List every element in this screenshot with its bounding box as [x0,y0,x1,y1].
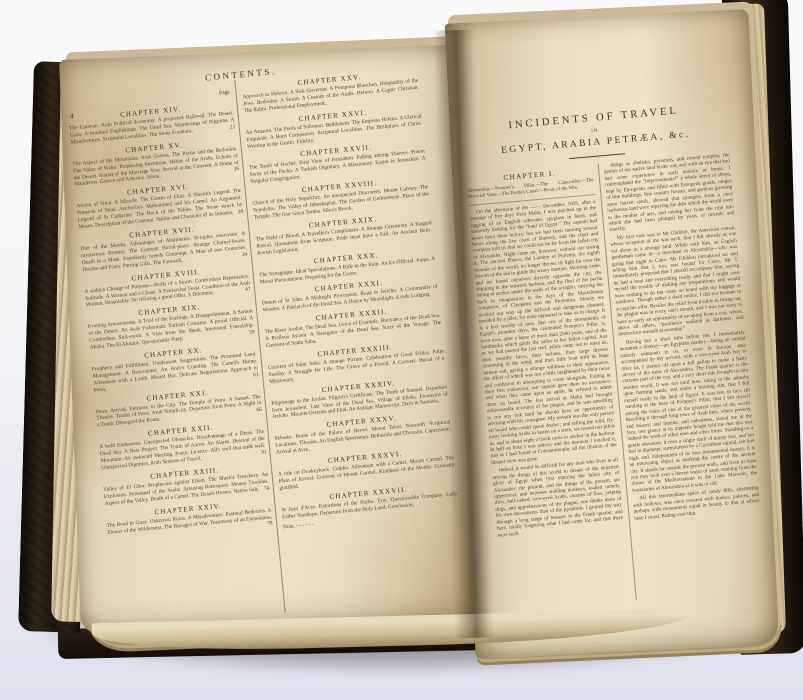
chapter-left-paragraphs: On the afternoon of the —— December, 183… [469,199,624,539]
contents-page: CONTENTS. 4 Page CHAPTER XIV. The Carava… [59,45,481,638]
body-paragraph: On the afternoon of the —— December, 183… [469,199,617,467]
contents-right-column: CHAPTER XXV. Approach to Hebron. A Sick … [241,63,467,612]
chapter-page-body: INCIDENTS OF TRAVEL IN EGYPT, ARABIA PET… [462,101,770,642]
chapter-page-number: 26 [230,166,240,174]
contents-columns: Page CHAPTER XIV. The Caravan. Arab Poli… [66,63,467,629]
body-paragraph: My first visit was to Mr Gliddon, the Am… [609,225,744,339]
chapter-page-number: 63 [249,372,259,380]
chapter-page-number: 22 [226,124,236,132]
chapter-left-column: CHAPTER I. Alexandria.—Pompey's Pillar.—… [466,164,630,611]
chapter-right-column: things as obelisks, pyramids, and ruined… [603,152,767,599]
body-paragraph: things as obelisks, pyramids, and ruined… [603,152,735,234]
body-paragraph: Indeed, it would be difficult for any ma… [492,457,624,539]
chapter-page-number: 34 [238,251,248,259]
chapter-page-number: 47 [241,287,251,295]
chapter-page-number: 78 [263,521,273,529]
chapter-page-number: 74 [260,485,270,493]
chapter-one-page: INCIDENTS OF TRAVEL IN EGYPT, ARABIA PET… [445,9,780,659]
title-rule [569,153,625,159]
chapter-text-columns: CHAPTER I. Alexandria.—Pompey's Pillar.—… [466,152,767,611]
chapter-page-number: 30 [234,209,244,217]
book-photo: CONTENTS. 4 Page CHAPTER XIV. The Carava… [0,0,803,700]
chapter-page-number: 59 [245,329,255,337]
chapter-page-number: 66 [252,407,262,415]
chapter-page-number: 70 [256,450,266,458]
contents-body: CONTENTS. 4 Page CHAPTER XIV. The Carava… [65,53,467,629]
body-paragraph: Having but a short time before me, I imm… [619,329,758,494]
